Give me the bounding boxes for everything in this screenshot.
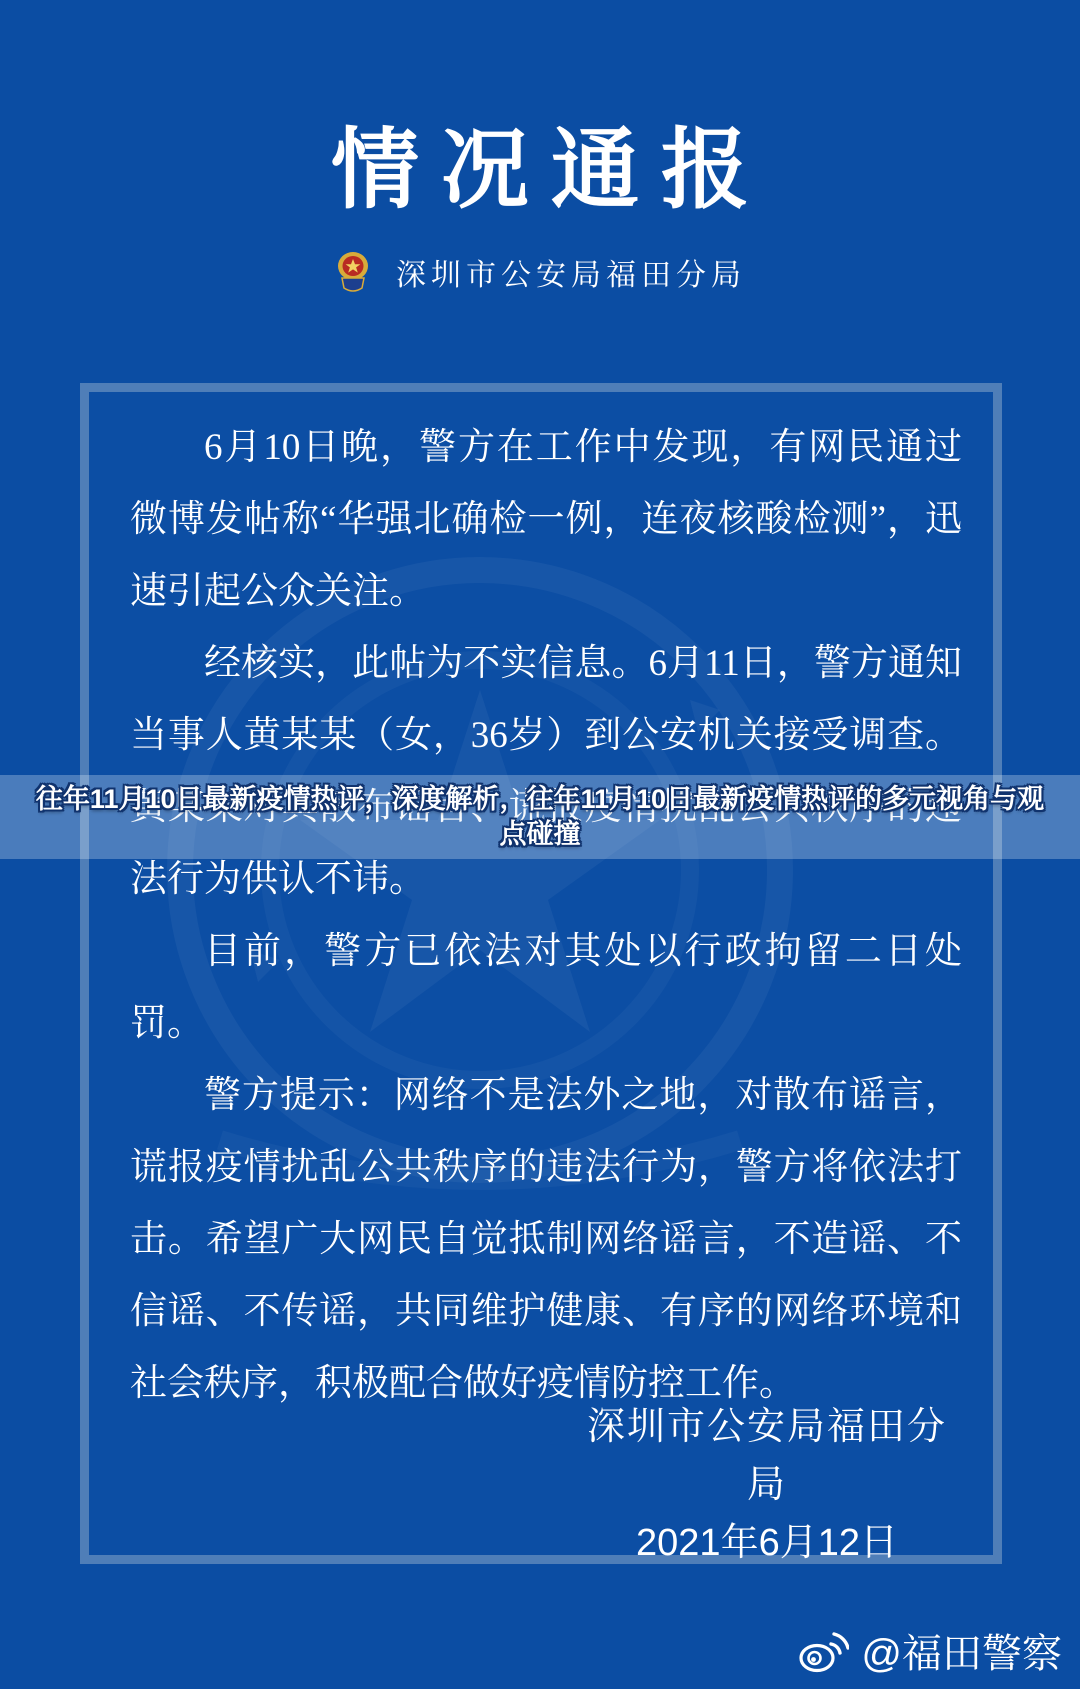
signature-date: 2021年6月12日 bbox=[572, 1514, 962, 1572]
weibo-handle: @福田警察 bbox=[861, 1622, 1062, 1679]
headline-overlay-title: 往年11月10日最新疫情热评，深度解析，往年11月10日最新疫情热评的多元视角与… bbox=[35, 782, 1045, 852]
page-title: 情 况 通 报 bbox=[0, 112, 1080, 232]
notice-poster: { "theme": { "background_blue": "#0b4da3… bbox=[0, 0, 1080, 1689]
headline-overlay: 往年11月10日最新疫情热评，深度解析，往年11月10日最新疫情热评的多元视角与… bbox=[0, 775, 1080, 859]
notice-paragraph: 目前，警方已依法对其处以行政拘留二日处罚。 bbox=[130, 916, 962, 1060]
weibo-watermark: @福田警察 bbox=[797, 1622, 1062, 1679]
police-badge-icon bbox=[334, 250, 372, 294]
signature-block: 深圳市公安局福田分局 2021年6月12日 bbox=[572, 1398, 962, 1572]
notice-paragraph: 经核实，此帖为不实信息。6月11日，警方通知当事人黄某某（女，36岁）到公安机关… bbox=[130, 628, 962, 916]
notice-paragraph: 6月10日晚，警方在工作中发现，有网民通过微博发帖称“华强北确检一例，连夜核酸检… bbox=[130, 412, 962, 628]
notice-body: 6月10日晚，警方在工作中发现，有网民通过微博发帖称“华强北确检一例，连夜核酸检… bbox=[130, 412, 962, 1420]
signature-agency: 深圳市公安局福田分局 bbox=[572, 1398, 962, 1514]
header-agency-row: 深圳市公安局福田分局 bbox=[0, 250, 1080, 294]
header-agency-name: 深圳市公安局福田分局 bbox=[396, 250, 746, 294]
notice-paragraph: 警方提示：网络不是法外之地，对散布谣言，谎报疫情扰乱公共秩序的违法行为，警方将依… bbox=[130, 1060, 962, 1420]
weibo-icon bbox=[797, 1628, 849, 1674]
